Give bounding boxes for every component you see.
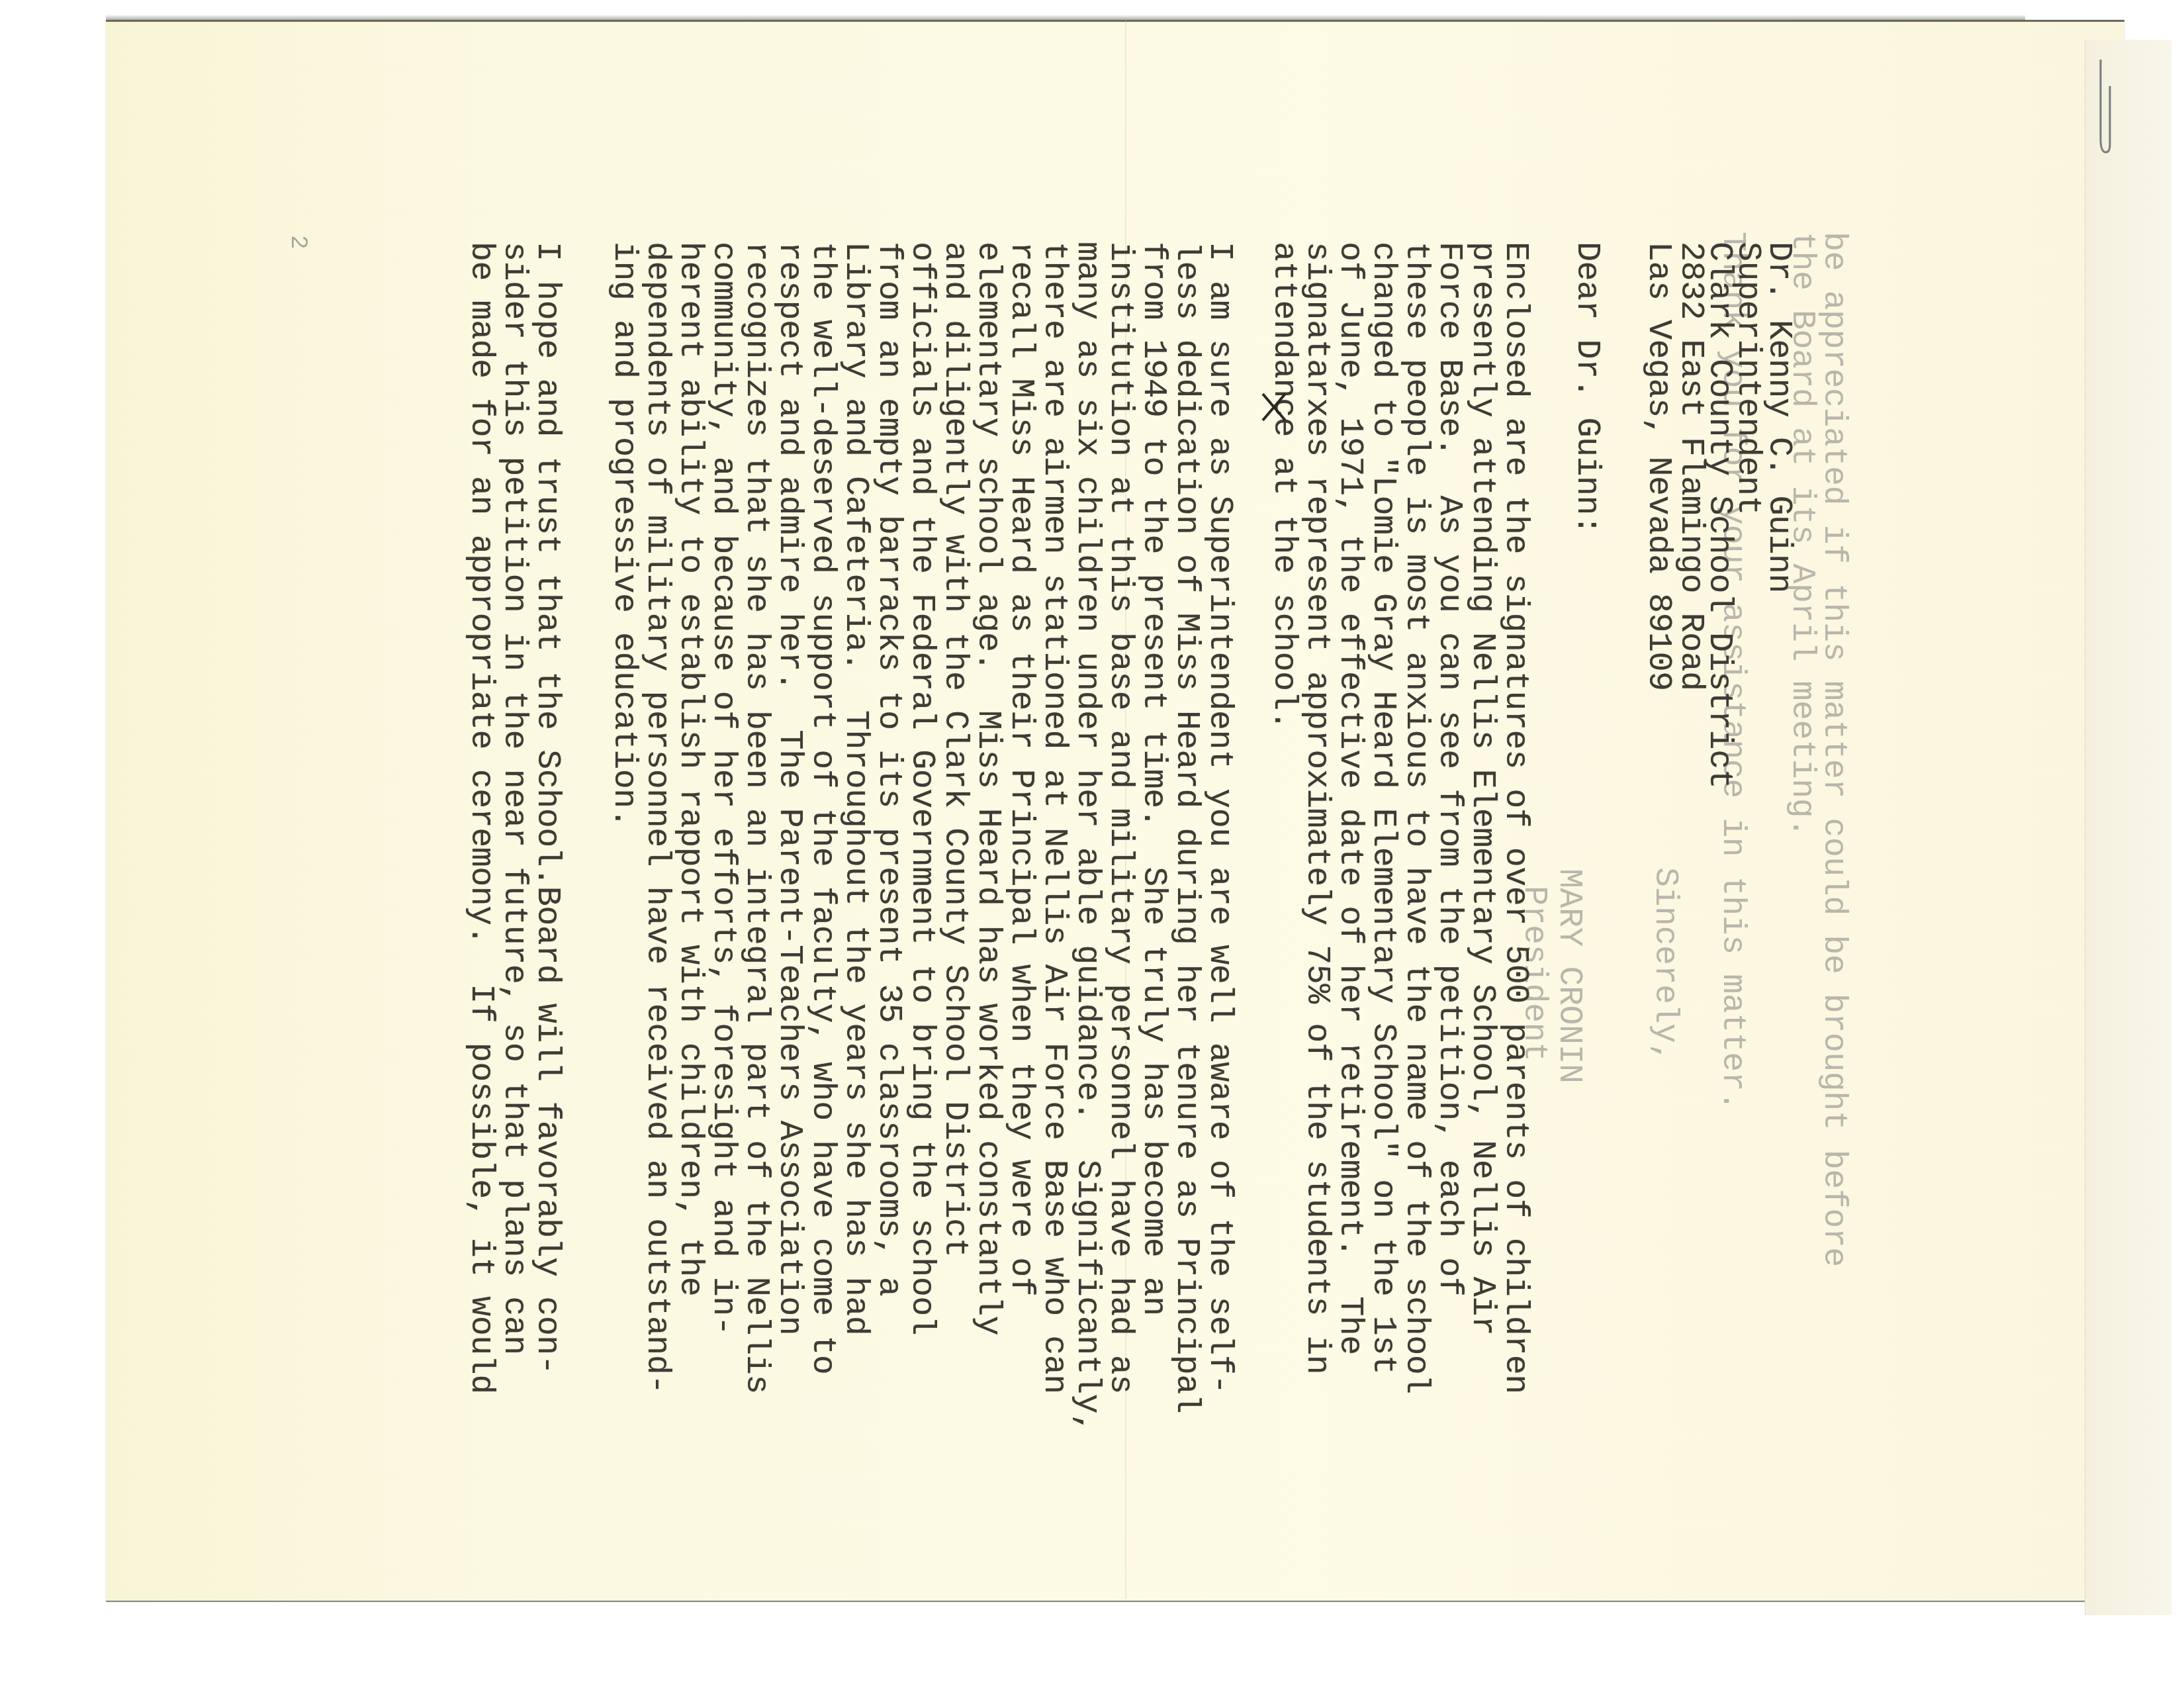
body-line: presently attending Nellis Elementary Sc…	[1465, 242, 1498, 1335]
body-line: Force Base. As you can see from the peti…	[1432, 242, 1465, 1296]
body-line: officials and the Federal Government to …	[905, 242, 938, 1335]
body-line: and diligently with the Clark County Sch…	[938, 242, 971, 1257]
underlying-sheet	[2085, 40, 2171, 1615]
ghost-line-1: be appreciated if this matter could be b…	[1817, 232, 1850, 1267]
body-line: many as six children under her able guid…	[1070, 242, 1103, 1433]
page-edge-shadow	[106, 15, 2025, 20]
page-number: 2	[285, 235, 312, 250]
body-line: I hope and trust that the School.Board w…	[530, 242, 563, 1374]
recipient-name: Dr. Kenny C. Guinn	[1762, 242, 1795, 593]
body-line: institution at this base and military pe…	[1103, 242, 1136, 1394]
recipient-city: Las Vegas, Nevada 89109	[1641, 242, 1674, 691]
body-line: herent ability to establish rapport with…	[673, 242, 706, 1296]
body-line: from 1949 to the present time. She truly…	[1136, 242, 1169, 1316]
body-line: these people is most anxious to have the…	[1399, 242, 1432, 1394]
body-line: sider this petition in the near future, …	[497, 242, 530, 1355]
body-line: Library and Cafeteria. Throughout the ye…	[839, 242, 872, 1335]
body-line: elementary school age. Miss Heard has wo…	[971, 242, 1004, 1335]
body-line: from an empty barracks to its present 35…	[872, 242, 905, 1296]
body-line: there are airmen stationed at Nellis Air…	[1037, 242, 1070, 1394]
body-line: attendance at the school.	[1267, 242, 1300, 730]
body-line: signatarxes represent approximately 75% …	[1300, 242, 1333, 1374]
salutation: Dear Dr. Guinn:	[1570, 242, 1603, 535]
body-line: recognizes that she has been an integral…	[739, 242, 772, 1394]
body-line: Enclosed are the signatures of over 500 …	[1498, 242, 1531, 1394]
handwritten-correction-mark	[1257, 387, 1291, 427]
body-line: changed to "Lomie Gray Heard Elementary …	[1366, 242, 1399, 1374]
body-line: the well-deserved support of the faculty…	[805, 242, 839, 1374]
recipient-street: 2832 East Flamingo Road	[1674, 242, 1707, 691]
body-line: of June, 1971, the effective date of her…	[1333, 242, 1366, 1355]
body-line: less dedication of Miss Heard during her…	[1169, 242, 1203, 1413]
paperclip-icon	[2098, 60, 2111, 159]
body-line: respect and admire her. The Parent-Teach…	[772, 242, 805, 1335]
body-line: I am sure as Superintendent you are well…	[1203, 242, 1236, 1394]
body-line: ing and progressive education.	[607, 242, 640, 827]
body-line: be made for an appropriate ceremony. If …	[464, 242, 497, 1394]
body-line: community, and because of her efforts, f…	[706, 242, 739, 1335]
body-line: dependents of military personnel have re…	[640, 242, 673, 1394]
body-line: recall Miss Heard as their Principal whe…	[1004, 242, 1037, 1296]
ghost-signer-name: MARY CRONIN	[1552, 868, 1585, 1084]
ghost-closing: Sincerely,	[1648, 867, 1681, 1062]
